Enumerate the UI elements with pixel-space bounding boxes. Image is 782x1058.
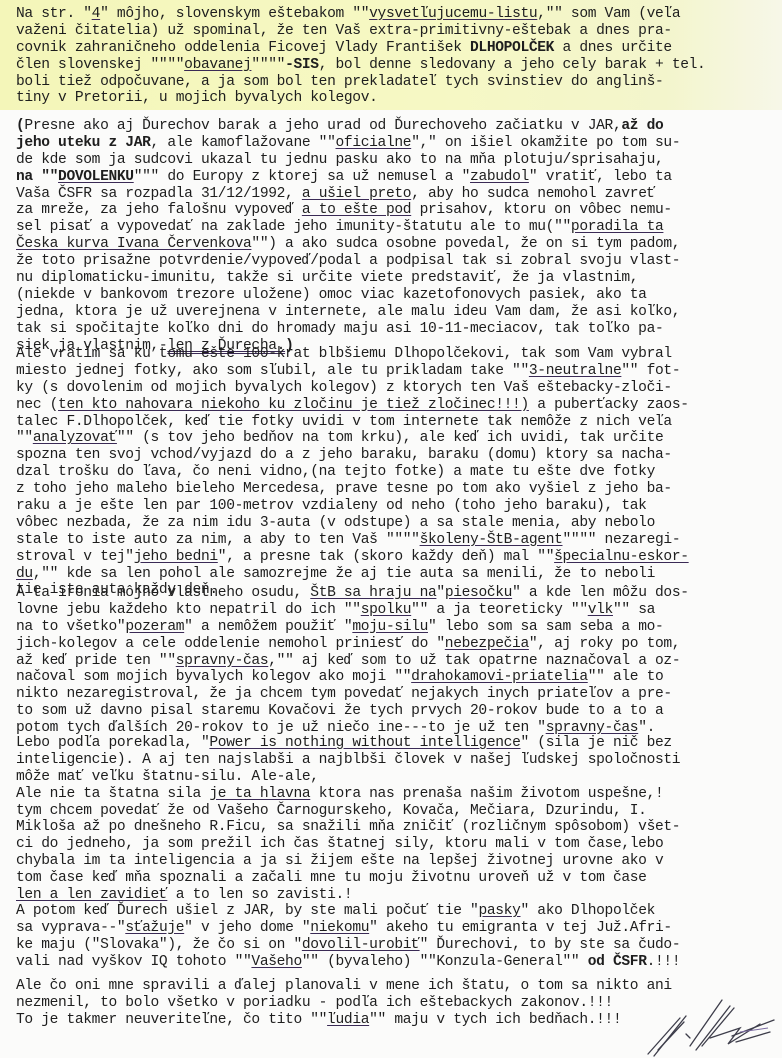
underlined-text: poradila ta: [571, 219, 664, 235]
text-run: nikto nezaregistroval, že ja chcem tym p…: [16, 686, 672, 702]
underlined-text: 3-neutralne: [529, 363, 622, 379]
text-run: tym chcem povedať že od Vašeho Čarnogurs…: [16, 803, 647, 819]
text-run: važeni čitatelia) už spominal, že ten Va…: [16, 23, 672, 39]
text-line: talec F.Dlhopolček, keď tie fotky uvidi …: [16, 414, 774, 431]
text-run: vali nad vyškov IQ tohoto "": [16, 954, 251, 970]
text-run: a puberťacky zaos-: [529, 397, 689, 413]
underlined-text: niekomu: [310, 920, 369, 936]
text-run: ", a presne tak (skoro každy deň) mal "": [218, 549, 554, 565]
text-run: Vaša ČSFR sa rozpadla 31/12/1992,: [16, 186, 302, 202]
text-line: na ""DOVOLENKU""" do Europy z ktorej sa …: [16, 169, 774, 186]
text-line: jedna, ktora je už uverejnena v internet…: [16, 304, 774, 321]
underlined-text: dovolil-urobiť: [302, 937, 420, 953]
text-line: ""analyzovať"" (s tov jeho bedňov na tom…: [16, 430, 774, 447]
text-run: Ale vratim sa ku tomu ešte 100-krat blbš…: [16, 346, 672, 362]
text-run: Ale nie ta štatna sila: [16, 786, 209, 802]
underlined-text: Vašeho: [251, 954, 301, 970]
text-run: talec F.Dlhopolček, keď tie fotky uvidi …: [16, 414, 672, 430]
handwritten-signature: [640, 988, 780, 1058]
text-run: z toho jeho maleho bieleho Mercedesa, pr…: [16, 481, 672, 497]
text-line: ky (s dovolenim od mojich byvalych koleg…: [16, 380, 774, 397]
bold-text: DLHOPOLČEK: [470, 40, 554, 56]
text-run: ,"" som Vam (veľa: [537, 6, 680, 22]
text-run: Lebo podľa porekadla, ": [16, 735, 209, 751]
underlined-text: jeho bedni: [134, 549, 218, 565]
text-run: prisahov, ktoru on vôbec nemu-: [411, 202, 672, 218]
underlined-text: sťažuje: [125, 920, 184, 936]
text-line: spozna ten svoj vchod/vyjazd do a z jeho…: [16, 447, 774, 464]
text-line: sa vyprava--"sťažuje" v jeho dome "nieko…: [16, 920, 774, 937]
text-line: ke maju ("Slovaka"), že čo si on "dovoli…: [16, 937, 774, 954]
text-line: lovne jebu každeho kto nepatril do ich "…: [16, 602, 774, 619]
underlined-text: du: [16, 566, 33, 582]
text-run: " a nemôžem použiť ": [184, 619, 352, 635]
text-line: (Presne ako aj Ďurechov barak a jeho ura…: [16, 118, 774, 135]
text-run: A potom keď Ďurech ušiel z JAR, by ste m…: [16, 903, 478, 919]
text-run: potom tych ďalších 20-rokov to je už nie…: [16, 720, 546, 736]
text-run: "") a ako sudca osobne povedal, že on si…: [251, 236, 680, 252]
text-run: dzal trošku do ľava, čo neni vidno,(na t…: [16, 464, 655, 480]
text-line: jich-kolegov a cele oddelenie nemohol pr…: [16, 636, 774, 653]
text-run: " v jeho dome ": [184, 920, 310, 936]
text-line: na to všetko"pozeram" a nemôžem použiť "…: [16, 619, 774, 636]
text-run: a dnes určite: [554, 40, 672, 56]
underlined-text: moju-silu: [352, 619, 428, 635]
text-run: raku a je ešte len par 100-metrov vzdial…: [16, 498, 647, 514]
underlined-text: školeny-ŠtB-agent: [420, 532, 563, 548]
text-line: chybala im ta inteligencia a ja si žijem…: [16, 853, 774, 870]
text-line: tiny v Pretorii, u mojich byvalych koleg…: [16, 90, 774, 107]
bold-text: -SIS: [285, 57, 319, 73]
text-run: ".: [638, 720, 655, 736]
underlined-text: DOVOLENKU: [58, 169, 134, 185]
text-run: """": [251, 57, 285, 73]
text-run: načoval som mojich byvalych kolegov ako …: [16, 669, 411, 685]
bold-text: až do: [621, 118, 663, 134]
text-run: covnik zahraničneho oddelenia Ficovej Vl…: [16, 40, 470, 56]
text-run: nec (: [16, 397, 58, 413]
text-run: Ale čo oni mne spravili a ďalej planoval…: [16, 978, 672, 994]
text-run: stale to iste auto za nim, a aby to ten …: [16, 532, 420, 548]
text-run: .!!!: [647, 954, 681, 970]
text-line: Ale nie ta štatna sila je ta hlavna ktor…: [16, 786, 774, 803]
text-run: za mreže, za jeho falošnu vypoveď: [16, 202, 302, 218]
text-run: "" fot-: [621, 363, 680, 379]
text-line: vali nad vyškov IQ tohoto ""Vašeho"" (by…: [16, 954, 774, 971]
text-run: A ta ironia môjho vlastneho osudu,: [16, 585, 310, 601]
text-run: "": [16, 430, 33, 446]
text-line: Vaša ČSFR sa rozpadla 31/12/1992, a ušie…: [16, 186, 774, 203]
text-run: Mikloša až po dnešneho R.Ficu, sa snažil…: [16, 819, 680, 835]
text-line: z toho jeho maleho bieleho Mercedesa, pr…: [16, 481, 774, 498]
text-run: Na str. ": [16, 6, 92, 22]
underlined-text: a to ešte pod: [302, 202, 411, 218]
text-run: chybala im ta inteligencia a ja si žijem…: [16, 853, 663, 869]
text-line: to som už davno pisal staremu Kovačovi ž…: [16, 703, 774, 720]
text-run: ke maju ("Slovaka"), že čo si on ": [16, 937, 302, 953]
text-line: tom čase keď mňa spoznali a začali mne t…: [16, 870, 774, 887]
text-run: lovne jebu každeho kto nepatril do ich "…: [16, 602, 361, 618]
underlined-text: ŠtB sa hraju na: [310, 585, 436, 601]
text-line: raku a je ešte len par 100-metrov vzdial…: [16, 498, 774, 515]
text-line: stroval v tej"jeho bedni", a presne tak …: [16, 549, 774, 566]
text-line: inteligencie). A aj ten najslabši a najb…: [16, 752, 774, 769]
underlined-text: 4: [92, 6, 100, 22]
text-run: sa vyprava--": [16, 920, 125, 936]
paragraph-tapes: A potom keď Ďurech ušiel z JAR, by ste m…: [16, 903, 774, 971]
underlined-text: oficialne: [336, 135, 412, 151]
underlined-text: analyzovať: [33, 430, 117, 446]
text-run: tom čase keď mňa spoznali a začali mne t…: [16, 870, 647, 886]
text-line: jeho uteku z JAR, ale kamoflažovane ""of…: [16, 135, 774, 152]
text-run: "" a ja teoreticky "": [411, 602, 588, 618]
text-run: ktora nas prenaša našim životom uspešne,…: [310, 786, 663, 802]
paragraph-photos: Ale vratim sa ku tomu ešte 100-krat blbš…: [16, 346, 774, 599]
text-run: môže mať veľku štatnu-silu. Ale-ale,: [16, 769, 319, 785]
underlined-text: zabudol: [470, 169, 529, 185]
underlined-text: spolku: [361, 602, 411, 618]
text-line: za mreže, za jeho falošnu vypoveď a to e…: [16, 202, 774, 219]
paragraph-power: Lebo podľa porekadla, "Power is nothing …: [16, 735, 774, 904]
text-run: a to len so zavisti.!: [167, 887, 352, 903]
text-run: "" sa: [613, 602, 655, 618]
text-run: " lebo som sa sam seba a mo-: [428, 619, 663, 635]
text-line: nec (ten kto nahovara niekoho ku zločinu…: [16, 397, 774, 414]
underlined-text: len a len zavidieť: [16, 887, 167, 903]
text-line: len a len zavidieť a to len so zavisti.!: [16, 887, 774, 904]
underlined-text: pozeram: [125, 619, 184, 635]
text-run: až keď pride ten "": [16, 653, 176, 669]
text-run: ky (s dovolenim od mojich byvalych koleg…: [16, 380, 672, 396]
text-line: Lebo podľa porekadla, "Power is nothing …: [16, 735, 774, 752]
text-run: " môjho, slovenskym eštebakom "": [100, 6, 369, 22]
text-line: du,"" kde sa len pohol ale samozrejme že…: [16, 566, 774, 583]
bold-text: jeho uteku z JAR: [16, 135, 151, 151]
text-run: "" (byvaleho) ""Konzula-General"": [302, 954, 588, 970]
text-run: inteligencie). A aj ten najslabši a najb…: [16, 752, 680, 768]
text-run: " Ďurechovi, to by ste sa čudo-: [420, 937, 681, 953]
text-run: ": [436, 585, 444, 601]
text-run: tak si spočitajte koľko dni do hromady m…: [16, 321, 663, 337]
text-run: ,"" kde sa len pohol ale samozrejme že a…: [33, 566, 655, 582]
text-run: "," on išiel okamžite po tom su-: [411, 135, 680, 151]
text-run: boli tiež odpočuvane, a ja som bol ten p…: [16, 74, 663, 90]
text-run: to som už davno pisal staremu Kovačovi ž…: [16, 703, 663, 719]
text-line: (niekde v bankovom trezore uložene) omoc…: [16, 287, 774, 304]
underlined-text: Česka kurva Ivana Červenkova: [16, 236, 251, 252]
text-line: načoval som mojich byvalych kolegov ako …: [16, 669, 774, 686]
text-run: na to všetko": [16, 619, 125, 635]
bold-text: od ČSFR: [588, 954, 647, 970]
text-line: Česka kurva Ivana Červenkova"") a ako su…: [16, 236, 774, 253]
underlined-text: a ušiel preto: [302, 186, 411, 202]
text-line: A potom keď Ďurech ušiel z JAR, by ste m…: [16, 903, 774, 920]
text-run: "" maju v tych ich bedňach.!!!: [369, 1012, 621, 1028]
text-run: " vratiť, lebo ta: [529, 169, 672, 185]
underlined-text: piesočku: [445, 585, 512, 601]
text-line: tak si spočitajte koľko dni do hromady m…: [16, 321, 774, 338]
text-run: de kde som ja sudcovi ukazal tu jednu pa…: [16, 152, 663, 168]
text-run: """ do Europy z ktorej sa už nemusel a ": [134, 169, 470, 185]
text-run: sel pisať a vypovedať na zaklade jeho im…: [16, 219, 571, 235]
paragraph-irony: A ta ironia môjho vlastneho osudu, ŠtB s…: [16, 585, 774, 737]
underlined-text: ten kto nahovara niekoho ku zločinu je t…: [58, 397, 529, 413]
text-run: """" nezaregi-: [563, 532, 681, 548]
text-run: , aby ho sudca nemohol zavreť: [411, 186, 655, 202]
text-run: ,"" aj keď som to už tak opatrne naznačo…: [268, 653, 680, 669]
text-line: nikto nezaregistroval, že ja chcem tym p…: [16, 686, 774, 703]
text-line: nu diplomaticku-imunitu, takže si určite…: [16, 270, 774, 287]
underlined-text: drahokamovi-priatelia: [411, 669, 588, 685]
text-run: miesto jednej fotky, ako som sľubil, ale…: [16, 363, 529, 379]
underlined-text: je ta hlavna: [209, 786, 310, 802]
text-line: stale to iste auto za nim, a aby to ten …: [16, 532, 774, 549]
text-line: A ta ironia môjho vlastneho osudu, ŠtB s…: [16, 585, 774, 602]
text-run: jedna, ktora je už uverejnena v internet…: [16, 304, 680, 320]
text-line: môže mať veľku štatnu-silu. Ale-ale,: [16, 769, 774, 786]
text-run: ", aj roky po tom,: [529, 636, 680, 652]
text-line: de kde som ja sudcovi ukazal tu jednu pa…: [16, 152, 774, 169]
underlined-text: spravny-čas: [546, 720, 639, 736]
text-run: ci do jedneho, ja som prežil ich čas šta…: [16, 836, 663, 852]
text-run: " akeho tu emigranta v tej Juž.Afri-: [369, 920, 672, 936]
text-line: až keď pride ten ""spravny-čas,"" aj keď…: [16, 653, 774, 670]
text-line: člen slovenskej """"obavanej""""-SIS, bo…: [16, 57, 774, 74]
text-run: nezmenil, to bolo všetko v poriadku - po…: [16, 995, 613, 1011]
text-run: jich-kolegov a cele oddelenie nemohol pr…: [16, 636, 445, 652]
text-line: tym chcem povedať že od Vašeho Čarnogurs…: [16, 803, 774, 820]
underlined-text: ľudia: [327, 1012, 369, 1028]
paragraph-intro: Na str. "4" môjho, slovenskym eštebakom …: [16, 6, 774, 107]
text-line: važeni čitatelia) už spominal, že ten Va…: [16, 23, 774, 40]
text-run: člen slovenskej """": [16, 57, 184, 73]
underlined-text: obavanej: [184, 57, 251, 73]
bold-text: na "": [16, 169, 58, 185]
text-line: sel pisať a vypovedať na zaklade jeho im…: [16, 219, 774, 236]
text-run: stroval v tej": [16, 549, 134, 565]
text-run: tiny v Pretorii, u mojich byvalych koleg…: [16, 90, 378, 106]
text-line: covnik zahraničneho oddelenia Ficovej Vl…: [16, 40, 774, 57]
text-run: Presne ako aj Ďurechov barak a jeho urad…: [24, 118, 621, 134]
underlined-text: vysvetľujucemu-listu: [369, 6, 537, 22]
text-run: " (sila je nič bez: [520, 735, 671, 751]
paragraph-durech: (Presne ako aj Ďurechov barak a jeho ura…: [16, 118, 774, 354]
text-line: Mikloša až po dnešneho R.Ficu, sa snažil…: [16, 819, 774, 836]
text-run: , ale kamoflažovane "": [151, 135, 336, 151]
underlined-text: vlk: [588, 602, 613, 618]
text-run: "" (s tov jeho bedňov na tom krku), ale …: [117, 430, 664, 446]
text-line: Na str. "4" môjho, slovenskym eštebakom …: [16, 6, 774, 23]
text-run: To je takmer neuveriteľne, čo tito "": [16, 1012, 327, 1028]
text-run: "" ale to: [588, 669, 664, 685]
text-run: spozna ten svoj vchod/vyjazd do a z jeho…: [16, 447, 672, 463]
underlined-text: Power is nothing without intelligence: [209, 735, 520, 751]
underlined-text: spravny-čas: [176, 653, 269, 669]
text-line: Ale vratim sa ku tomu ešte 100-krat blbš…: [16, 346, 774, 363]
text-line: vôbec nezbada, že za nim idu 3-auta (v o…: [16, 515, 774, 532]
text-line: miesto jednej fotky, ako som sľubil, ale…: [16, 363, 774, 380]
text-run: vôbec nezbada, že za nim idu 3-auta (v o…: [16, 515, 655, 531]
text-run: " ako Dlhopolček: [520, 903, 655, 919]
underlined-text: špecialnu-eskor-: [554, 549, 689, 565]
text-line: boli tiež odpočuvane, a ja som bol ten p…: [16, 74, 774, 91]
text-run: , bol denne sledovany a jeho cely barak …: [319, 57, 706, 73]
document-page: Na str. "4" môjho, slovenskym eštebakom …: [0, 0, 782, 1058]
underlined-text: nebezpečia: [445, 636, 529, 652]
text-run: že toto prisažne potvrdenie/vypoveď/poda…: [16, 253, 680, 269]
text-line: že toto prisažne potvrdenie/vypoveď/poda…: [16, 253, 774, 270]
text-run: (niekde v bankovom trezore uložene) omoc…: [16, 287, 647, 303]
underlined-text: pasky: [478, 903, 520, 919]
text-line: dzal trošku do ľava, čo neni vidno,(na t…: [16, 464, 774, 481]
text-run: nu diplomaticku-imunitu, takže si určite…: [16, 270, 638, 286]
text-line: ci do jedneho, ja som prežil ich čas šta…: [16, 836, 774, 853]
text-run: " a kde len môžu dos-: [512, 585, 689, 601]
